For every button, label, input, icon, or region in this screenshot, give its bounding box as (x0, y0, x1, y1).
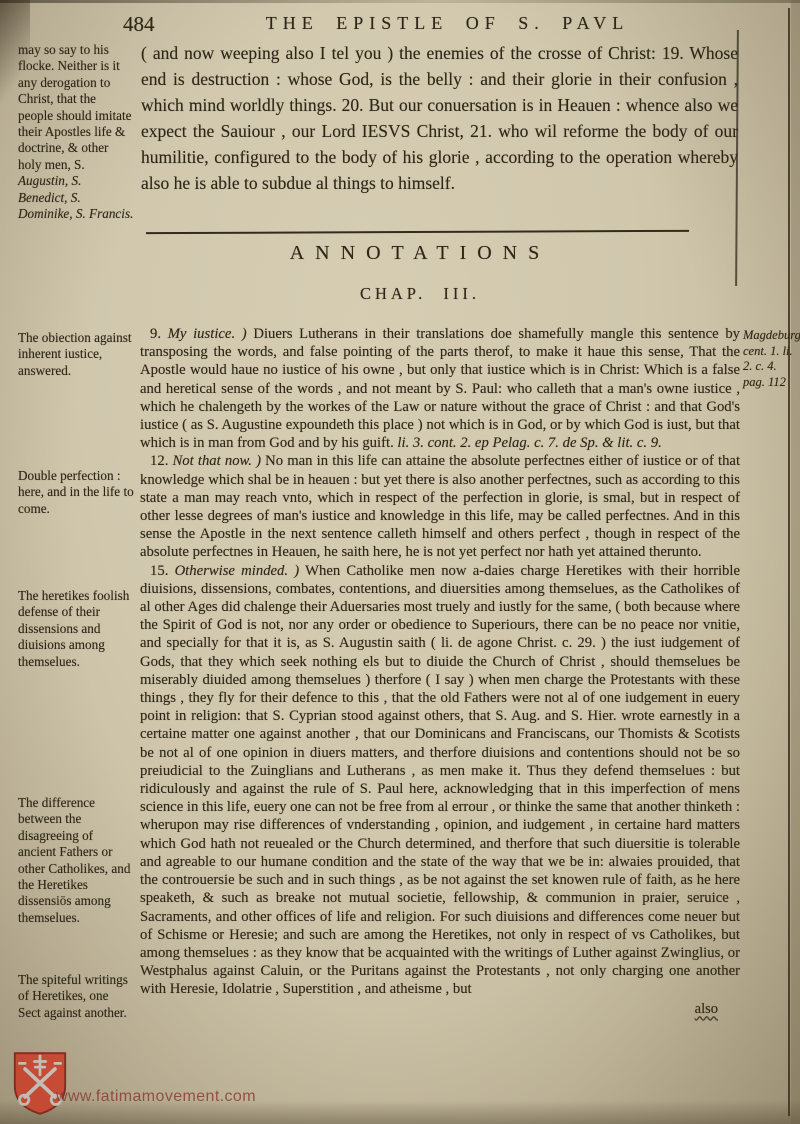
scan-edge-top (0, 0, 800, 3)
chapter-heading: CHAP. III. (140, 284, 700, 304)
citation: li. 3. cont. 2. ep Pelag. c. 7. de Sp. &… (397, 435, 661, 451)
margin-note-double-perfection: Double perfection : here, and in the lif… (18, 468, 134, 517)
margin-note-heretikes-defense: The heretikes foolish defense of their d… (18, 588, 134, 670)
annotation-paragraph-12: 12. Not that now. ) No man in this life … (140, 452, 740, 561)
margin-note-objection: The obiection against inherent iustice, … (18, 330, 134, 379)
section-divider-rule (146, 230, 689, 234)
watermark-url: www.fatimamovement.com (56, 1088, 256, 1106)
scripture-text: ( and now weeping also I tel you ) the e… (141, 40, 738, 196)
page-number: 484 (123, 12, 155, 37)
verse-number: 12. (150, 453, 168, 469)
lemma: My iustice. ) (168, 326, 247, 342)
running-title: THE EPISTLE OF S. PAVL (160, 13, 735, 34)
margin-note-difference: The difference between the disagreeing o… (18, 795, 134, 926)
lemma: Otherwise minded. ) (175, 563, 300, 579)
margin-note-magdeburg: Magdeburg. cent. 1. li. 2. c. 4. pag. 11… (743, 328, 795, 390)
annotation-paragraph-9: 9. My iustice. ) Diuers Lutherans in the… (140, 325, 740, 452)
scanned-book-page: 484 THE EPISTLE OF S. PAVL may so say to… (0, 0, 800, 1124)
annotation-paragraph-15: 15. Otherwise minded. ) When Catholike m… (140, 562, 740, 999)
catchword: also (140, 1000, 740, 1018)
page-edge-line (788, 8, 790, 1116)
papal-keys-crest-icon (12, 1050, 68, 1116)
margin-note-text: may so say to his flocke. Neither is it … (18, 42, 132, 172)
lemma: Not that now. ) (173, 453, 261, 469)
annotation-text: When Catholike men now a-daies charge He… (140, 563, 740, 998)
verse-number: 9. (150, 326, 161, 342)
margin-note-imitation: may so say to his flocke. Neither is it … (18, 42, 134, 222)
annotations-heading: ANNOTATIONS (140, 242, 700, 265)
annotation-text: Diuers Lutherans in their translations d… (140, 326, 740, 451)
verse-number: 15. (150, 563, 168, 579)
margin-note-spiteful-writings: The spiteful writings of Heretikes, one … (18, 972, 134, 1021)
annotation-text: No man in this life can attaine the abso… (140, 453, 740, 560)
annotations-body: 9. My iustice. ) Diuers Lutherans in the… (140, 325, 740, 1018)
margin-note-saints: Augustin, S. Benedict, S. Dominike, S. F… (18, 173, 133, 221)
scan-edge-right (791, 0, 800, 1124)
